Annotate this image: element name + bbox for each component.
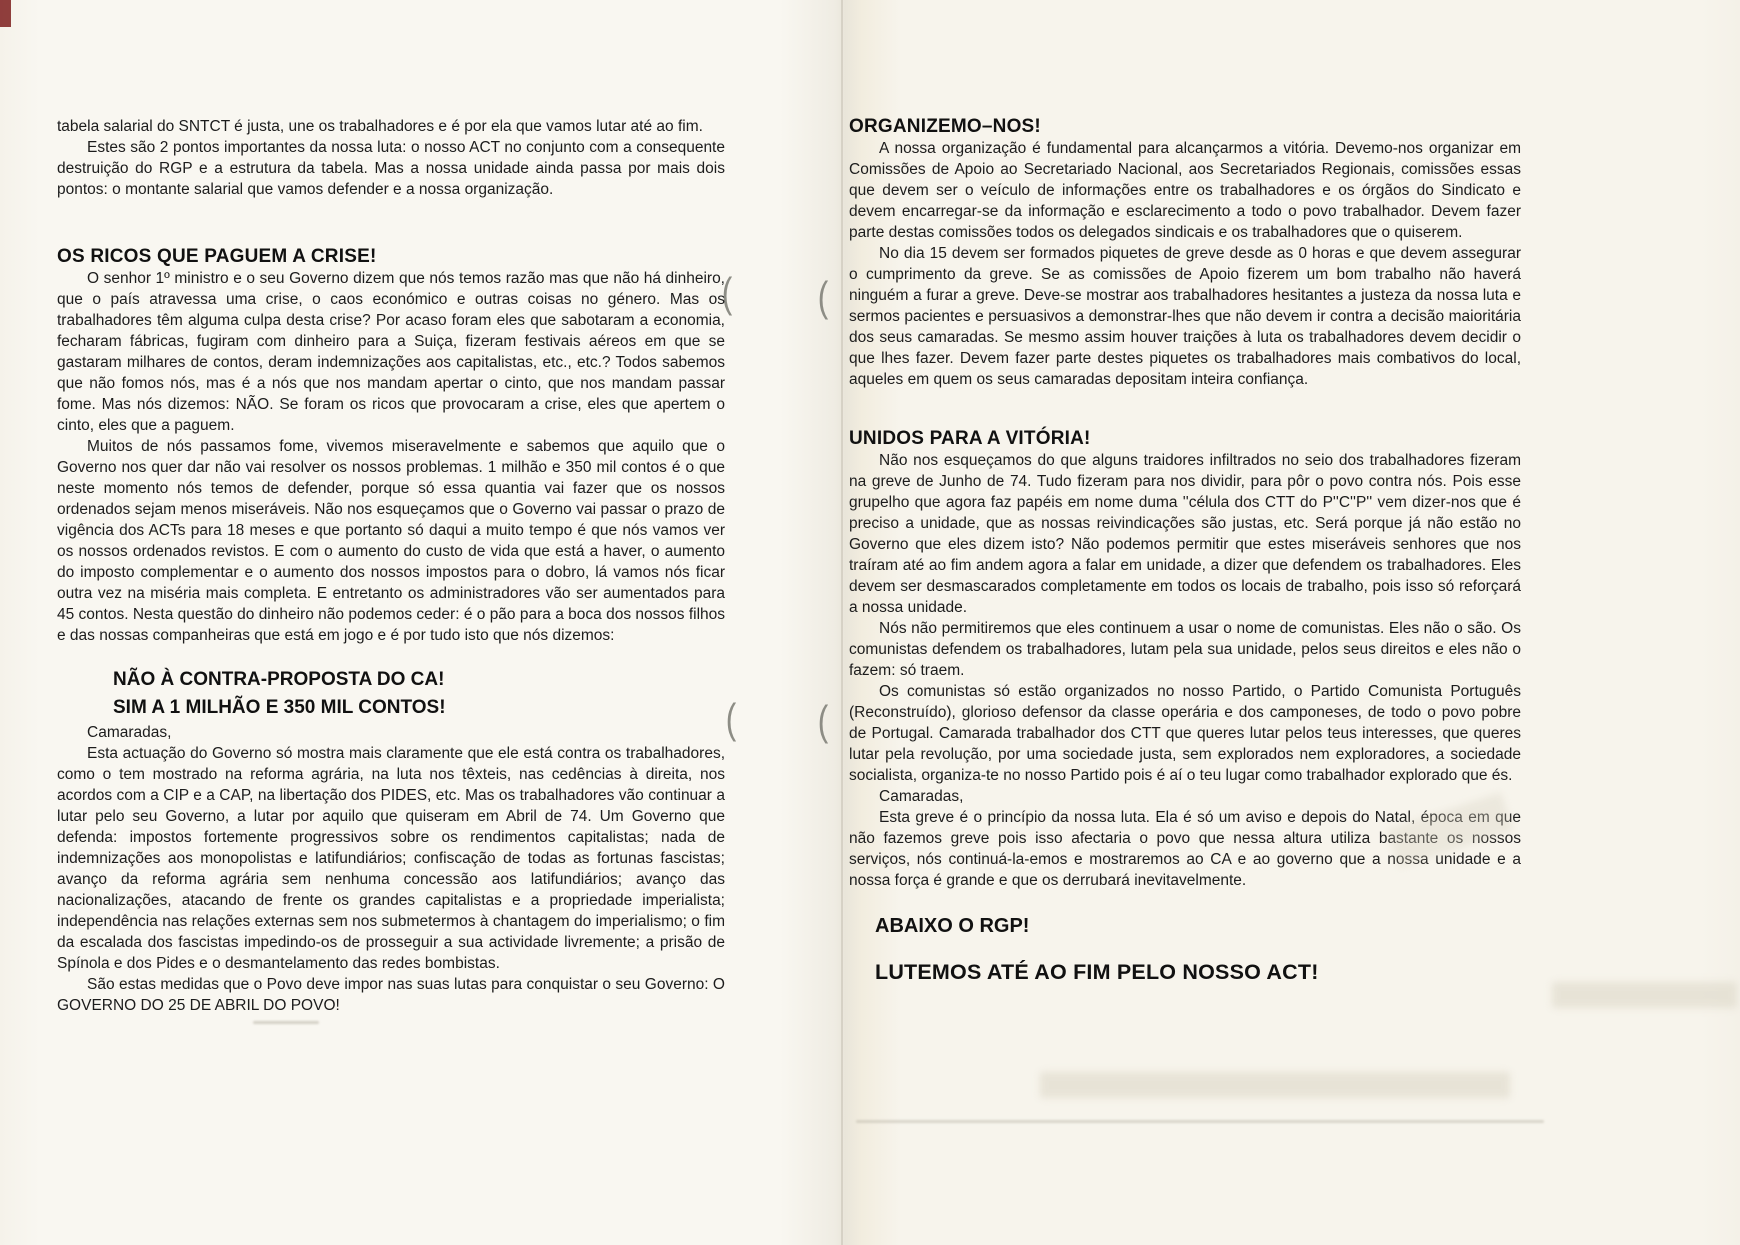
slogan-block-contra-proposta: NÃO À CONTRA-PROPOSTA DO CA! SIM A 1 MIL… (57, 666, 725, 722)
paragraph-medidas-povo: São estas medidas que o Povo deve impor … (57, 974, 725, 1016)
paragraph-fome: Muitos de nós passamos fome, vivemos mis… (57, 436, 725, 646)
paragraph-intro-continuation: tabela salarial do SNTCT é justa, une os… (57, 116, 725, 137)
scan-smudge (253, 1021, 319, 1024)
fold-mark-parenthesis-icon: ( (818, 276, 829, 318)
paragraph-piquetes: No dia 15 devem ser formados piquetes de… (849, 243, 1521, 390)
salutation-camaradas: Camaradas, (57, 722, 725, 743)
paragraph-organizacao: A nossa organização é fundamental para a… (849, 138, 1521, 243)
slogan-lutemos-act: LUTEMOS ATÉ AO FIM PELO NOSSO ACT! (875, 960, 1521, 985)
section-heading-ricos: OS RICOS QUE PAGUEM A CRISE! (57, 246, 725, 268)
paragraph-partido: Os comunistas só estão organizados no no… (849, 681, 1521, 786)
slogan-abaixo-rgp: ABAIXO O RGP! (875, 915, 1521, 938)
section-heading-organizemos: ORGANIZEMO–NOS! (849, 116, 1521, 138)
section-heading-unidos: UNIDOS PARA A VITÓRIA! (849, 428, 1521, 450)
scan-smudge (856, 1120, 1544, 1123)
paragraph-comunistas-nome: Nós não permitiremos que eles continuem … (849, 618, 1521, 681)
ink-bleed-ghost (1040, 1072, 1510, 1098)
page-left: tabela salarial do SNTCT é justa, une os… (57, 116, 725, 1016)
slogan-nao-contra-proposta: NÃO À CONTRA-PROPOSTA DO CA! (113, 666, 725, 694)
fold-mark-parenthesis-icon: ( (818, 700, 829, 742)
ink-bleed-ghost (1552, 982, 1737, 1008)
fold-mark-parenthesis-icon: ( (726, 698, 737, 740)
slogan-sim-milhao: SIM A 1 MILHÃO E 350 MIL CONTOS! (113, 694, 725, 722)
paragraph-crise: O senhor 1º ministro e o seu Governo diz… (57, 268, 725, 436)
scan-corner-mark (0, 0, 11, 27)
paragraph-traidores: Não nos esqueçamos do que alguns traidor… (849, 450, 1521, 618)
salutation-camaradas: Camaradas, (849, 786, 1521, 807)
page-fold-crease (841, 0, 843, 1245)
paragraph-two-points: Estes são 2 pontos importantes da nossa … (57, 137, 725, 200)
paragraph-actuacao-governo: Esta actuação do Governo só mostra mais … (57, 743, 725, 974)
